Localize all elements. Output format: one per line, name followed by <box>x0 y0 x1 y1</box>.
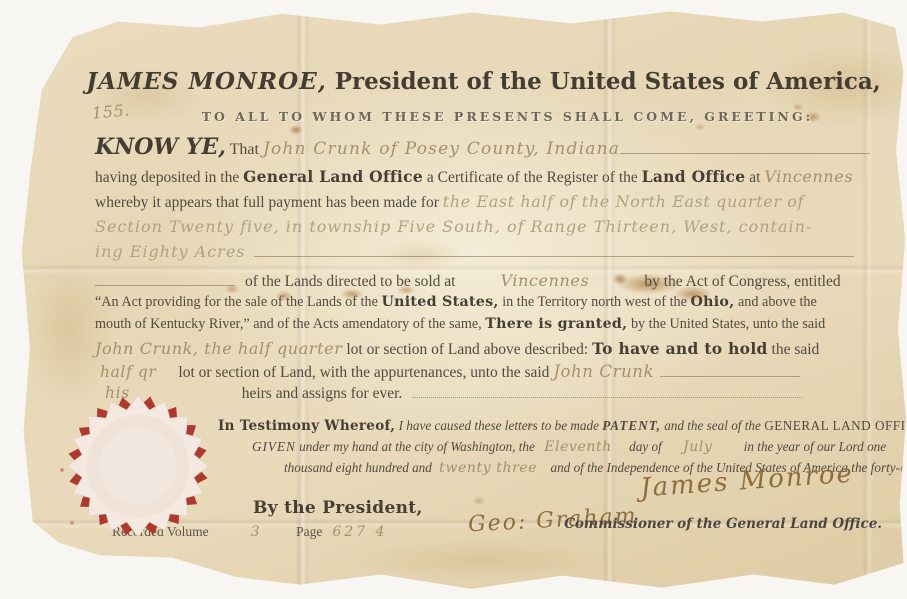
volume-number-handwritten: 3 <box>251 524 261 540</box>
patent-caps: PATENT, <box>602 418 661 433</box>
sold-location-handwritten: Vincennes <box>500 271 589 290</box>
blank-rule <box>95 272 235 286</box>
photo-background: JAMES MONROE, President of the United St… <box>0 0 907 599</box>
habendum-text: lot or section of Land, with the appurte… <box>178 364 553 381</box>
payment-text: whereby it appears that full payment has… <box>95 194 443 211</box>
office-location-handwritten: Vincennes <box>764 167 853 186</box>
tract-handwritten-1: the East half of the North East quarter … <box>443 192 804 211</box>
margin-note-half-qr: half qr <box>100 363 156 381</box>
ohio-blackletter: Ohio, <box>690 294 734 310</box>
in-testimony-whereof-blackletter: In Testimony Whereof, <box>218 418 395 434</box>
general-land-office-caps: GENERAL LAND OFFICE <box>764 418 907 433</box>
year-handwritten: twenty three <box>439 460 537 476</box>
general-land-office-blackletter: General Land Office <box>243 167 423 186</box>
wax-seal-icon <box>64 392 212 540</box>
habendum-line: half qrlot or section of Land, with the … <box>100 362 800 382</box>
act-text-3: and above the <box>734 294 816 310</box>
deposited-text-3: at <box>745 169 764 186</box>
there-is-granted-blackletter: There is granted, <box>485 316 627 332</box>
title-line: JAMES MONROE, President of the United St… <box>0 68 907 95</box>
act-text-4: mouth of Kentucky River,” and of the Act… <box>95 316 485 332</box>
page-number-handwritten: 627 4 <box>332 524 387 540</box>
payment-line: whereby it appears that full payment has… <box>95 192 804 212</box>
given-caps: GIVEN <box>252 439 296 454</box>
dotted-rule <box>412 384 802 398</box>
page-label: Page <box>296 524 322 539</box>
testimonium-text-3a: thousand eight hundred and <box>284 460 435 475</box>
act-text-5: by the United States, unto the said <box>627 316 825 332</box>
independence-year-handwritten: eighth <box>900 460 907 476</box>
blank-rule <box>620 140 870 154</box>
that-label: That <box>226 141 263 158</box>
grantee-repeat-handwritten: John Crunk, the half quarter <box>95 339 342 358</box>
salutation-line: TO ALL TO WHOM THESE PRESENTS SHALL COME… <box>0 109 907 124</box>
know-ye-line: KNOW YE, That John Crunk of Posey County… <box>95 134 870 160</box>
deposited-line: having deposited in the General Land Off… <box>95 167 853 187</box>
sold-text-1: of the Lands directed to be sold at <box>245 273 455 290</box>
grant-text-1: lot or section of Land above described: <box>342 341 592 358</box>
testimonium-text-2b: under my hand at the city of Washington,… <box>296 439 538 454</box>
land-grant-document: JAMES MONROE, President of the United St… <box>0 0 907 599</box>
tract-handwritten-2: Section Twenty five, in township Five So… <box>95 217 812 236</box>
grant-line: John Crunk, the half quarter lot or sect… <box>95 339 819 359</box>
seal-embossed-center <box>99 427 176 504</box>
testimonium-line-2: GIVEN under my hand at the city of Washi… <box>252 439 886 455</box>
by-the-president-label: By the President, <box>253 498 423 518</box>
month-handwritten: July <box>683 439 712 455</box>
grantee-name-handwritten-2: John Crunk <box>553 362 654 381</box>
to-have-and-to-hold-blackletter: To have and to hold <box>592 339 768 358</box>
commissioner-label: Commissioner of the General Land Office. <box>564 516 882 532</box>
blank-rule <box>254 243 854 257</box>
testimonium-line-1: In Testimony Whereof, I have caused thes… <box>218 418 907 434</box>
sold-at-line: of the Lands directed to be sold atVince… <box>95 271 841 291</box>
sold-text-2: by the Act of Congress, entitled <box>644 273 840 290</box>
act-line-2: mouth of Kentucky River,” and of the Act… <box>95 316 825 333</box>
day-handwritten: Eleventh <box>544 439 612 455</box>
testimonium-text-1b: and the seal of the <box>661 418 764 433</box>
blank-rule <box>660 363 800 377</box>
testimonium-text-2d: in the year of our Lord one <box>740 439 886 454</box>
title-suffix: President of the United States of Americ… <box>327 68 881 95</box>
grantee-name-handwritten: John Crunk of Posey County, Indiana <box>263 139 620 159</box>
grant-text-2: the said <box>768 341 820 358</box>
act-text-1: “An Act providing for the sale of the La… <box>95 294 381 310</box>
deposited-text-1: having deposited in the <box>95 169 243 186</box>
land-office-blackletter: Land Office <box>642 167 746 186</box>
title-president-name: JAMES MONROE, <box>86 68 327 95</box>
tract-handwritten-3: ing Eighty Acres <box>95 242 246 261</box>
know-ye-label: KNOW YE, <box>95 134 226 160</box>
act-text-2: in the Territory north west of the <box>499 294 691 310</box>
act-line-1: “An Act providing for the sale of the La… <box>95 294 817 311</box>
deposited-text-2: a Certificate of the Register of the <box>423 169 642 186</box>
heirs-text: heirs and assigns for ever. <box>242 385 403 402</box>
united-states-blackletter: United States, <box>381 294 498 310</box>
testimonium-text-2c: day of <box>626 439 665 454</box>
testimonium-text-1a: I have caused these letters to be made <box>395 418 602 433</box>
tract-line-3: ing Eighty Acres <box>95 242 854 262</box>
